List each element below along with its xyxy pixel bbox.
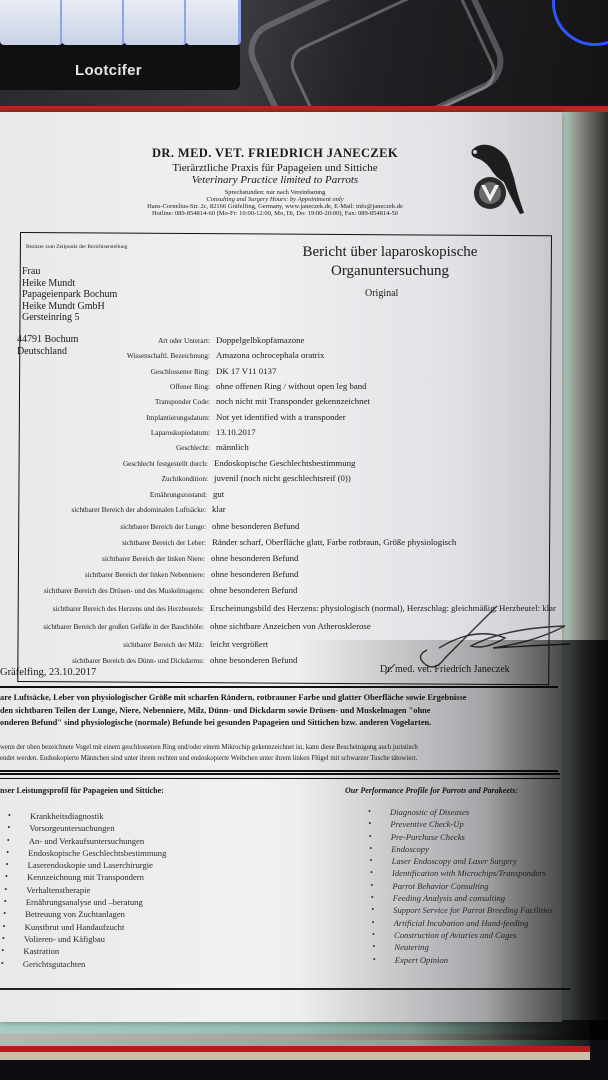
service-label: Volieren- und Käfigbau — [24, 934, 105, 944]
bullet-icon: • — [1, 946, 4, 955]
blue-light-ring — [552, 0, 608, 46]
finding-value: leicht vergrößert — [210, 639, 268, 649]
bullet-icon: • — [5, 872, 8, 881]
finding-label: Laparoskopiedatum: — [0, 429, 210, 437]
practice-name: DR. MED. VET. FRIEDRICH JANECZEK — [60, 146, 490, 161]
bullet-icon: • — [7, 823, 10, 832]
bullet-icon: • — [4, 885, 7, 894]
bullet-icon: • — [1, 959, 4, 968]
bullet-icon: • — [370, 881, 373, 890]
summary-line: den sichtbaren Teilen der Lunge, Niere, … — [0, 705, 600, 718]
owner-address: Frau Heike Mundt Papageienpark Bochum He… — [22, 266, 117, 324]
finding-label: Geschlecht: — [0, 444, 210, 452]
bullet-icon: • — [370, 856, 373, 865]
hours-en: Consulting and Surgery Hours: by Appoint… — [60, 196, 490, 203]
bullet-icon: • — [2, 934, 5, 943]
finding-value: Endoskopische Geschlechtsbestimmung — [214, 458, 355, 468]
finding-label: sichtbarer Bereich der großen Gefäße in … — [0, 623, 204, 631]
owner-caption: Besitzer zum Zeitpunkt der Berichtserste… — [26, 244, 127, 250]
service-label: Preventive Check-Up — [390, 819, 463, 829]
finding-value: 13.10.2017 — [216, 427, 256, 437]
keycap — [62, 0, 125, 45]
finding-label: Geschlossener Ring: — [0, 368, 210, 376]
finding-value: gut — [213, 489, 224, 499]
service-label: Diagnostic of Diseases — [390, 807, 469, 817]
service-label: Artificial Incubation and Hand-feeding — [394, 918, 529, 928]
summary-line: are Luftsäcke, Leber von physiologischer… — [0, 692, 600, 705]
finding-label: sichtbarer Bereich der linken Nebenniere… — [0, 571, 205, 579]
finding-value: noch nicht mit Transponder gekennzeichne… — [216, 396, 370, 406]
finding-label: Offener Ring: — [0, 383, 210, 391]
finding-label: Wissenschaftl. Bezeichnung: — [0, 352, 210, 360]
service-label: Kunstbrut und Handaufzucht — [25, 922, 125, 932]
service-label: Ernährungsanalyse und –beratung — [26, 897, 143, 907]
service-label: Kennzeichnung mit Transpondern — [27, 872, 144, 882]
bullet-icon: • — [6, 860, 9, 869]
finding-label: sichtbarer Bereich der linken Niere: — [0, 555, 205, 563]
service-label: Kastration — [23, 946, 59, 956]
finding-value: ohne offenen Ring / without open leg ban… — [216, 381, 367, 391]
keycap — [186, 0, 241, 45]
bullet-icon: • — [369, 844, 372, 853]
services-title-de: nser Leistungsprofil für Papageien und S… — [0, 786, 164, 795]
report-title-line: Bericht über laparoskopische — [270, 243, 510, 262]
service-label: Pre-Purchase Checks — [391, 832, 465, 842]
bullet-icon: • — [3, 909, 6, 918]
finding-value: ohne besonderen Befund — [210, 585, 297, 595]
divider — [0, 773, 560, 779]
service-label: Feeding Analysis and consulting — [393, 893, 505, 903]
finding-label: sichtbarer Bereich des Drüsen- und des M… — [0, 587, 204, 595]
service-label: Parrot Behavior Consulting — [392, 881, 488, 891]
finding-label: sichtbarer Bereich der Leber: — [0, 539, 206, 547]
finding-label: sichtbarer Bereich der Milz: — [0, 641, 204, 649]
owner-line: Frau — [22, 266, 117, 278]
service-label: Betreuung von Zuchtanlagen — [25, 909, 125, 919]
owner-line: Gersteinring 5 — [22, 312, 117, 324]
parrot-logo-icon — [462, 138, 532, 218]
bullet-icon: • — [368, 807, 371, 816]
service-label: Gerichtsgutachten — [23, 959, 86, 969]
finding-label: Transponder Code: — [0, 398, 210, 406]
finding-label: sichtbarer Bereich des Herzens und des H… — [0, 605, 204, 613]
green-sheet-edge — [560, 112, 608, 1042]
finding-label: Art oder Unterart: — [0, 337, 210, 345]
bullet-icon: • — [371, 893, 374, 902]
legal-note: wenn der oben bezeichnete Vogel mit eine… — [0, 742, 600, 764]
bullet-icon: • — [8, 811, 11, 820]
note-line: wenn der oben bezeichnete Vogel mit eine… — [0, 742, 600, 753]
owner-line: Heike Mundt GmbH — [22, 301, 117, 313]
bullet-icon: • — [3, 922, 6, 931]
report-title: Bericht über laparoskopische Organunters… — [270, 243, 510, 281]
bullet-icon: • — [368, 819, 371, 828]
service-label: Neutering — [394, 942, 428, 952]
finding-label: Zuchtkondition: — [0, 475, 208, 483]
finding-label: sichtbarer Bereich der abdominalen Lufts… — [0, 506, 206, 514]
finding-value: ohne besonderen Befund — [210, 655, 297, 665]
bullet-icon: • — [7, 836, 10, 845]
service-label: Support Service for Parrot Breeding Faci… — [393, 905, 553, 915]
finding-value: ohne besonderen Befund — [211, 553, 298, 563]
practice-subtitle-en: Veterinary Practice limited to Parrots — [60, 174, 490, 186]
finding-label: Geschlecht festgestellt durch: — [0, 460, 208, 468]
bullet-icon: • — [4, 897, 7, 906]
bullet-icon: • — [369, 832, 372, 841]
finding-value: klar — [212, 504, 226, 514]
service-label: Identification with Microchips/Transpond… — [392, 868, 546, 878]
finding-value: Not yet identified with a transponder — [216, 412, 346, 422]
service-label: Endoskopische Geschlechtsbestimmung — [28, 848, 166, 858]
note-line: endet werden. Endoskopierte Männchen sin… — [0, 753, 600, 764]
bullet-icon: • — [373, 955, 376, 964]
bullet-icon: • — [371, 905, 374, 914]
service-label: Vorsorgeuntersuchungen — [29, 823, 114, 833]
keyboard-brand: Lootcifer — [75, 62, 142, 79]
service-label: Construction of Aviaries and Cages — [394, 930, 517, 940]
bullet-icon: • — [372, 918, 375, 927]
owner-line: Papageienpark Bochum — [22, 289, 117, 301]
hours-de: Sprechstunden: nur nach Vereinbarung — [60, 189, 490, 196]
bottom-rule — [0, 988, 570, 990]
finding-value: Amazona ochrocephala oratrix — [216, 350, 324, 360]
finding-value: DK 17 V11 0137 — [216, 366, 276, 376]
keycap — [0, 0, 63, 45]
letterhead: DR. MED. VET. FRIEDRICH JANECZEK Tierärz… — [60, 146, 490, 217]
service-label: Expert Opinion — [395, 955, 448, 965]
service-label: Verhaltenstherapie — [26, 885, 90, 895]
finding-value: juvenil (noch nicht geschlechtsreif (0)) — [214, 473, 351, 483]
service-label: Krankheitsdiagnostik — [30, 811, 104, 821]
summary-text: are Luftsäcke, Leber von physiologischer… — [0, 692, 600, 730]
keycap — [124, 0, 187, 45]
service-label: An- und Verkaufsuntersuchungen — [29, 836, 144, 846]
service-label: Endoscopy — [391, 844, 429, 854]
place-date: Gräfelfing, 23.10.2017 — [0, 667, 96, 678]
bullet-icon: • — [370, 868, 373, 877]
finding-value: ohne sichtbare Anzeichen von Atheroskler… — [210, 621, 371, 631]
keyboard: Lootcifer — [0, 0, 240, 90]
finding-value: Ränder scharf, Oberfläche glatt, Farbe r… — [212, 537, 456, 547]
bullet-icon: • — [372, 930, 375, 939]
finding-value: Doppelgelbkopfamazone — [216, 335, 304, 345]
address: Hans-Cornelius-Str. 2c, 82166 Gräfelfing… — [60, 203, 490, 210]
bullet-icon: • — [6, 848, 9, 857]
bullet-icon: • — [372, 942, 375, 951]
service-label: Laser Endoscopy and Laser Surgery — [392, 856, 517, 866]
report-title-line: Organuntersuchung — [270, 262, 510, 281]
green-sheet-edge-bottom — [0, 1020, 590, 1034]
practice-subtitle-de: Tierärztliche Praxis für Papageien und S… — [60, 162, 490, 174]
finding-value: männlich — [216, 442, 249, 452]
background-desk: Lootcifer — [0, 0, 608, 112]
finding-value: ohne besonderen Befund — [212, 521, 299, 531]
services-title-en: Our Performance Profile for Parrots and … — [345, 786, 518, 795]
service-label: Laserendoskopie und Laserchirurgie — [28, 860, 153, 870]
owner-line: Heike Mundt — [22, 278, 117, 290]
finding-label: sichtbarer Bereich des Dünn- und Dickdar… — [0, 657, 204, 665]
finding-label: Ernährungszustand: — [0, 491, 207, 499]
folder-cream-edge — [0, 1052, 590, 1060]
signatory-name: Dr. med. vet. Friedrich Janeczek — [380, 664, 510, 675]
copy-type: Original — [365, 288, 398, 299]
finding-label: sichtbarer Bereich der Lunge: — [0, 523, 206, 531]
summary-line: onderen Befund" sind physiologische (nor… — [0, 717, 600, 730]
hotline: Hotline: 089-854814-60 (Mo-Fr: 10:00-12:… — [60, 210, 490, 217]
finding-value: ohne besonderen Befund — [211, 569, 298, 579]
finding-label: Implantierungsdatum: — [0, 414, 210, 422]
